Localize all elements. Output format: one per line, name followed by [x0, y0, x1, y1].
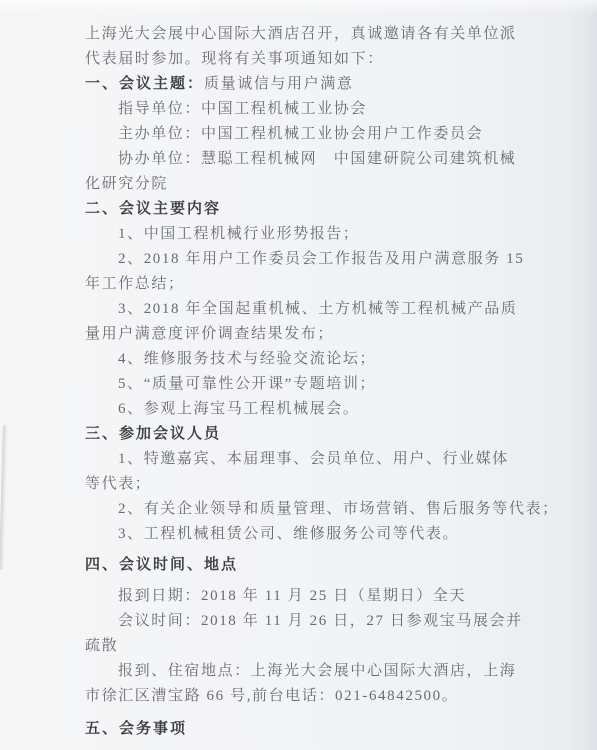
participants-item-1-continuation: 等代表； — [85, 472, 555, 497]
section-1-heading-line: 一、会议主题：质量诚信与用户满意 — [85, 72, 555, 97]
document-body: 上海光大会展中心国际大酒店召开，真诚邀请各有关单位派 代表届时参加。现将有关事项… — [85, 22, 555, 742]
section-3-heading: 三、参加会议人员 — [85, 422, 555, 447]
agenda-item-2: 2、2018 年用户工作委员会工作报告及用户满意服务 15 — [85, 247, 555, 272]
section-4-heading: 四、会议时间、地点 — [85, 553, 555, 578]
participants-item-3: 3、工程机械租赁公司、维修服务公司等代表。 — [85, 522, 555, 547]
section-5-heading: 五、会务事项 — [85, 717, 555, 742]
venue-line: 报到、住宿地点：上海光大会展中心国际大酒店，上海 — [85, 659, 555, 684]
co-organizer-line: 协办单位：慧聪工程机械网 中国建研院公司建筑机械 — [85, 147, 555, 172]
guidance-unit-line: 指导单位：中国工程机械工业协会 — [85, 97, 555, 122]
co-organizer-continuation: 化研究分院 — [85, 172, 555, 197]
agenda-item-5: 5、“质量可靠性公开课”专题培训； — [85, 372, 555, 397]
participants-item-2: 2、有关企业领导和质量管理、市场营销、售后服务等代表； — [85, 497, 555, 522]
section-1-topic: 质量诚信与用户满意 — [204, 76, 353, 92]
section-2-heading: 二、会议主要内容 — [85, 197, 555, 222]
host-unit-line: 主办单位：中国工程机械工业协会用户工作委员会 — [85, 122, 555, 147]
meeting-time-line: 会议时间：2018 年 11 月 26 日，27 日参观宝马展会并 — [85, 609, 555, 634]
agenda-item-2-continuation: 年工作总结； — [85, 272, 555, 297]
agenda-item-3-continuation: 量用户满意度评价调查结果发布； — [85, 322, 555, 347]
section-1-heading: 一、会议主题： — [85, 76, 204, 92]
checkin-date-line: 报到日期：2018 年 11 月 25 日（星期日）全天 — [85, 584, 555, 609]
venue-continuation: 市徐汇区漕宝路 66 号,前台电话：021-64842500。 — [85, 684, 555, 709]
meeting-time-continuation: 疏散 — [85, 634, 555, 659]
agenda-item-4: 4、维修服务技术与经验交流论坛； — [85, 347, 555, 372]
agenda-item-3: 3、2018 年全国起重机械、土方机械等工程机械产品质 — [85, 297, 555, 322]
agenda-item-1: 1、中国工程机械行业形势报告； — [85, 222, 555, 247]
intro-line-2: 代表届时参加。现将有关事项通知如下： — [85, 47, 555, 72]
agenda-item-6: 6、参观上海宝马工程机械展会。 — [85, 397, 555, 422]
scan-light-haze — [0, 0, 597, 14]
participants-item-1: 1、特邀嘉宾、本届理事、会员单位、用户、行业媒体 — [85, 447, 555, 472]
intro-line-1: 上海光大会展中心国际大酒店召开，真诚邀请各有关单位派 — [85, 22, 555, 47]
